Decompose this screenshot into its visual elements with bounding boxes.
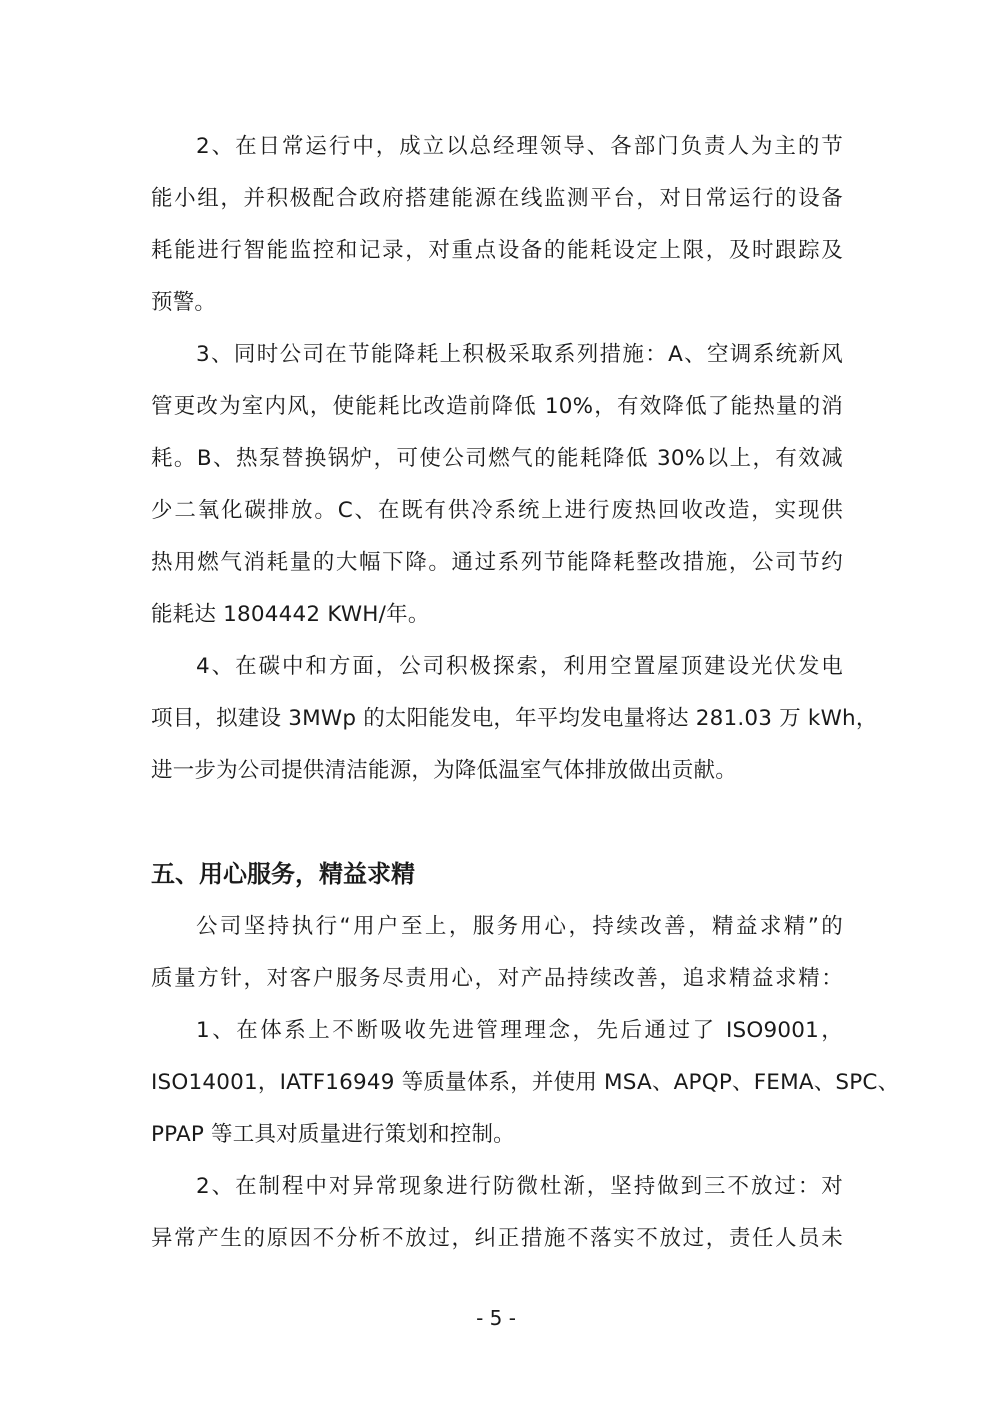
paragraph-line: 异常产生的原因不分析不放过，纠正措施不落实不放过，责任人员未: [151, 1224, 843, 1254]
paragraph-line: 耗能进行智能监控和记录，对重点设备的能耗设定上限，及时跟踪及: [151, 236, 843, 266]
page-number: - 5 -: [0, 1304, 992, 1332]
paragraph-line: 4、在碳中和方面，公司积极探索，利用空置屋顶建设光伏发电: [196, 652, 843, 682]
document-page: 2、在日常运行中，成立以总经理领导、各部门负责人为主的节 能小组，并积极配合政府…: [0, 0, 992, 1403]
paragraph-line: 1、在体系上不断吸收先进管理理念，先后通过了 ISO9001，: [196, 1016, 843, 1046]
paragraph-line: 耗。B、热泵替换锅炉，可使公司燃气的能耗降低 30%以上，有效减: [151, 444, 843, 474]
paragraph-line: 预警。: [151, 288, 843, 318]
paragraph-line: 2、在日常运行中，成立以总经理领导、各部门负责人为主的节: [196, 132, 843, 162]
paragraph-line: 能小组，并积极配合政府搭建能源在线监测平台，对日常运行的设备: [151, 184, 843, 214]
paragraph-line: 热用燃气消耗量的大幅下降。通过系列节能降耗整改措施，公司节约: [151, 548, 843, 578]
paragraph-line: PPAP 等工具对质量进行策划和控制。: [151, 1120, 843, 1150]
paragraph-line: 项目，拟建设 3MWp 的太阳能发电，年平均发电量将达 281.03 万 kWh…: [151, 704, 843, 734]
paragraph-line: 3、同时公司在节能降耗上积极采取系列措施：A、空调系统新风: [196, 340, 843, 370]
paragraph-line: 少二氧化碳排放。C、在既有供冷系统上进行废热回收改造，实现供: [151, 496, 843, 526]
paragraph-line: 能耗达 1804442 KWH/年。: [151, 600, 843, 630]
paragraph-line: 进一步为公司提供清洁能源，为降低温室气体排放做出贡献。: [151, 756, 843, 786]
paragraph-line: 2、在制程中对异常现象进行防微杜渐，坚持做到三不放过：对: [196, 1172, 843, 1202]
paragraph-line: 公司坚持执行“用户至上，服务用心，持续改善，精益求精”的: [196, 912, 843, 942]
section-heading: 五、用心服务，精益求精: [151, 858, 415, 890]
paragraph-line: 管更改为室内风，使能耗比改造前降低 10%，有效降低了能热量的消: [151, 392, 843, 422]
paragraph-line: ISO14001，IATF16949 等质量体系，并使用 MSA、APQP、FE…: [151, 1068, 843, 1098]
paragraph-line: 质量方针，对客户服务尽责用心，对产品持续改善，追求精益求精：: [151, 964, 843, 994]
